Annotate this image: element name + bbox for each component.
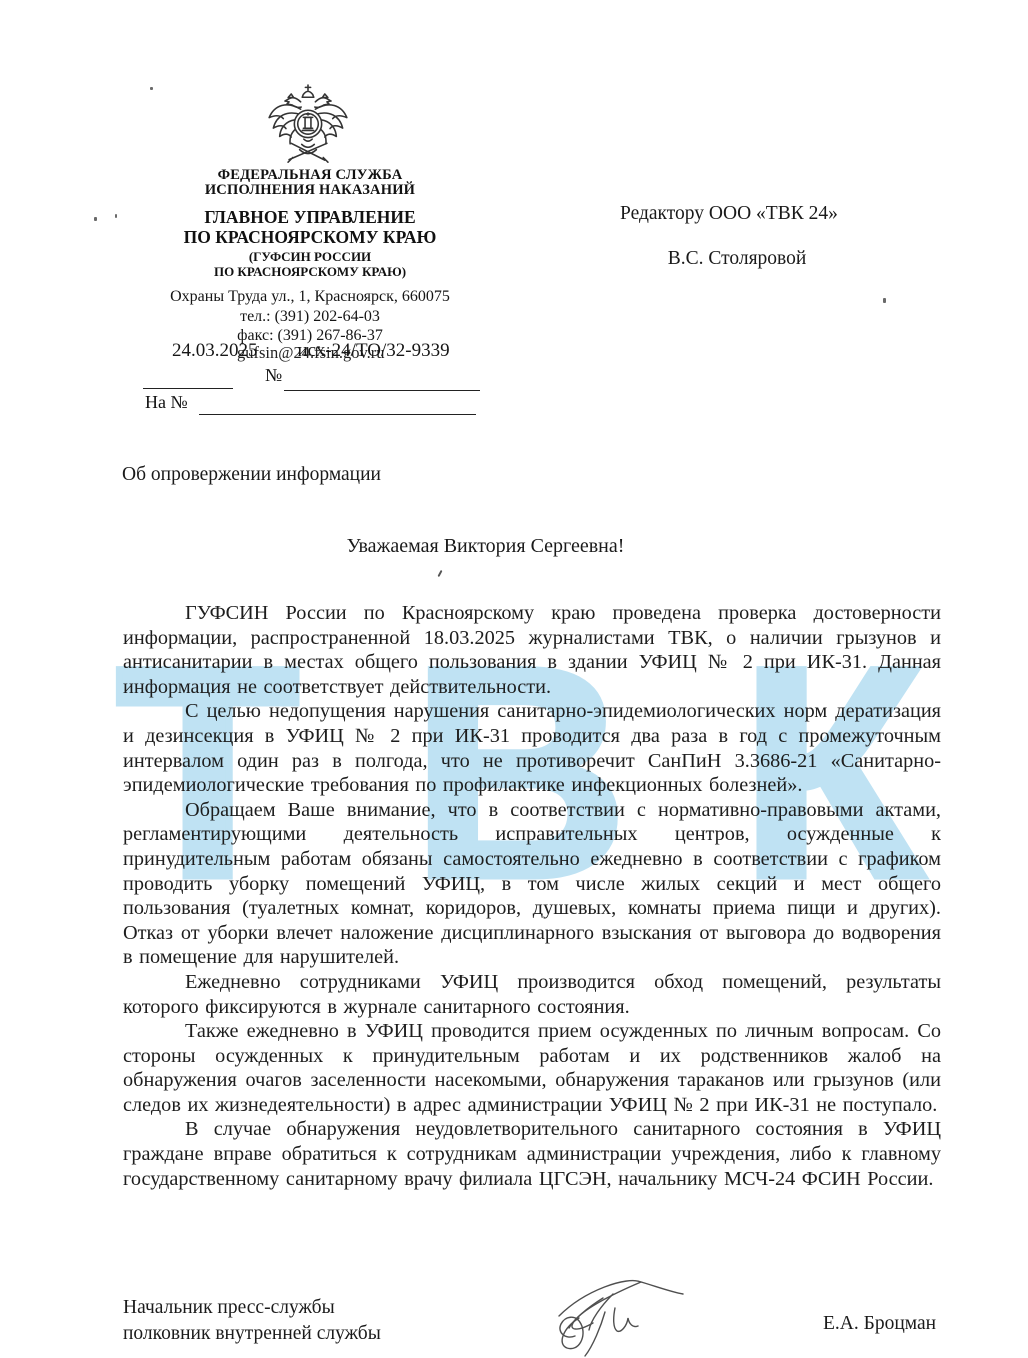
scan-noise-speck (115, 214, 117, 218)
stamp-date: 24.03.2025 (172, 340, 258, 361)
signer-position-line1: Начальник пресс-службы (123, 1295, 381, 1321)
recipient-block: Редактору ООО «ТВК 24» В.С. Столяровой (620, 203, 854, 270)
scan-noise-speck (437, 570, 442, 577)
org-name-line1: ФЕДЕРАЛЬНАЯ СЛУЖБА (118, 168, 502, 183)
subject-line: Об опровержении информации (122, 464, 381, 486)
scan-noise-speck (150, 87, 153, 90)
department-line2: ПО КРАСНОЯРСКОМУ КРАЮ (118, 227, 502, 247)
stamp-outgoing-number: исх-24/ТО/32-9339 (298, 340, 450, 361)
paragraph-5: Также ежедневно в УФИЦ проводится прием … (123, 1019, 941, 1117)
signer-name: Е.А. Броцман (823, 1313, 953, 1335)
handwritten-signature (543, 1268, 693, 1358)
paragraph-4: Ежедневно сотрудниками УФИЦ производится… (123, 970, 941, 1019)
abbreviation-line2: ПО КРАСНОЯРСКОМУ КРАЮ) (118, 265, 502, 280)
paragraph-6: В случае обнаружения неудовлетворительно… (123, 1117, 941, 1191)
letter-body: ГУФСИН России по Красноярскому краю пров… (123, 601, 941, 1191)
salutation: Уважаемая Виктория Сергеевна! (123, 535, 848, 558)
abbreviation-line1: (ГУФСИН РОССИИ (118, 250, 502, 265)
reply-to-number-label: На № (145, 392, 188, 413)
signer-position-line2: полковник внутренней службы (123, 1321, 381, 1347)
postal-address: Охраны Труда ул., 1, Красноярск, 660075 (118, 288, 502, 307)
ref-line-right (284, 372, 480, 391)
recipient-name: В.С. Столяровой (620, 248, 854, 270)
paragraph-1: ГУФСИН России по Красноярскому краю пров… (123, 601, 941, 699)
ref-line-left (143, 370, 233, 389)
signer-position: Начальник пресс-службы полковник внутрен… (123, 1295, 381, 1346)
fsin-eagle-emblem (266, 84, 350, 168)
reply-ref-line (199, 396, 476, 415)
recipient-title: Редактору ООО «ТВК 24» (620, 203, 854, 225)
scan-noise-speck (883, 298, 886, 303)
paragraph-2: С целью недопущения нарушения санитарно-… (123, 699, 941, 797)
number-sign: № (265, 365, 282, 386)
scan-noise-speck (94, 217, 97, 221)
paragraph-3: Обращаем Ваше внимание, что в соответств… (123, 798, 941, 970)
org-name-line2: ИСПОЛНЕНИЯ НАКАЗАНИЙ (118, 183, 502, 198)
letterhead-block: ФЕДЕРАЛЬНАЯ СЛУЖБА ИСПОЛНЕНИЯ НАКАЗАНИЙ … (118, 168, 502, 346)
phone-number: тел.: (391) 202-64-03 (118, 308, 502, 327)
department-line1: ГЛАВНОЕ УПРАВЛЕНИЕ (118, 207, 502, 227)
registration-stamp: 24.03.2025исх-24/ТО/32-9339 (172, 340, 450, 362)
scanned-letter-page: ТВК (0, 0, 1028, 1358)
